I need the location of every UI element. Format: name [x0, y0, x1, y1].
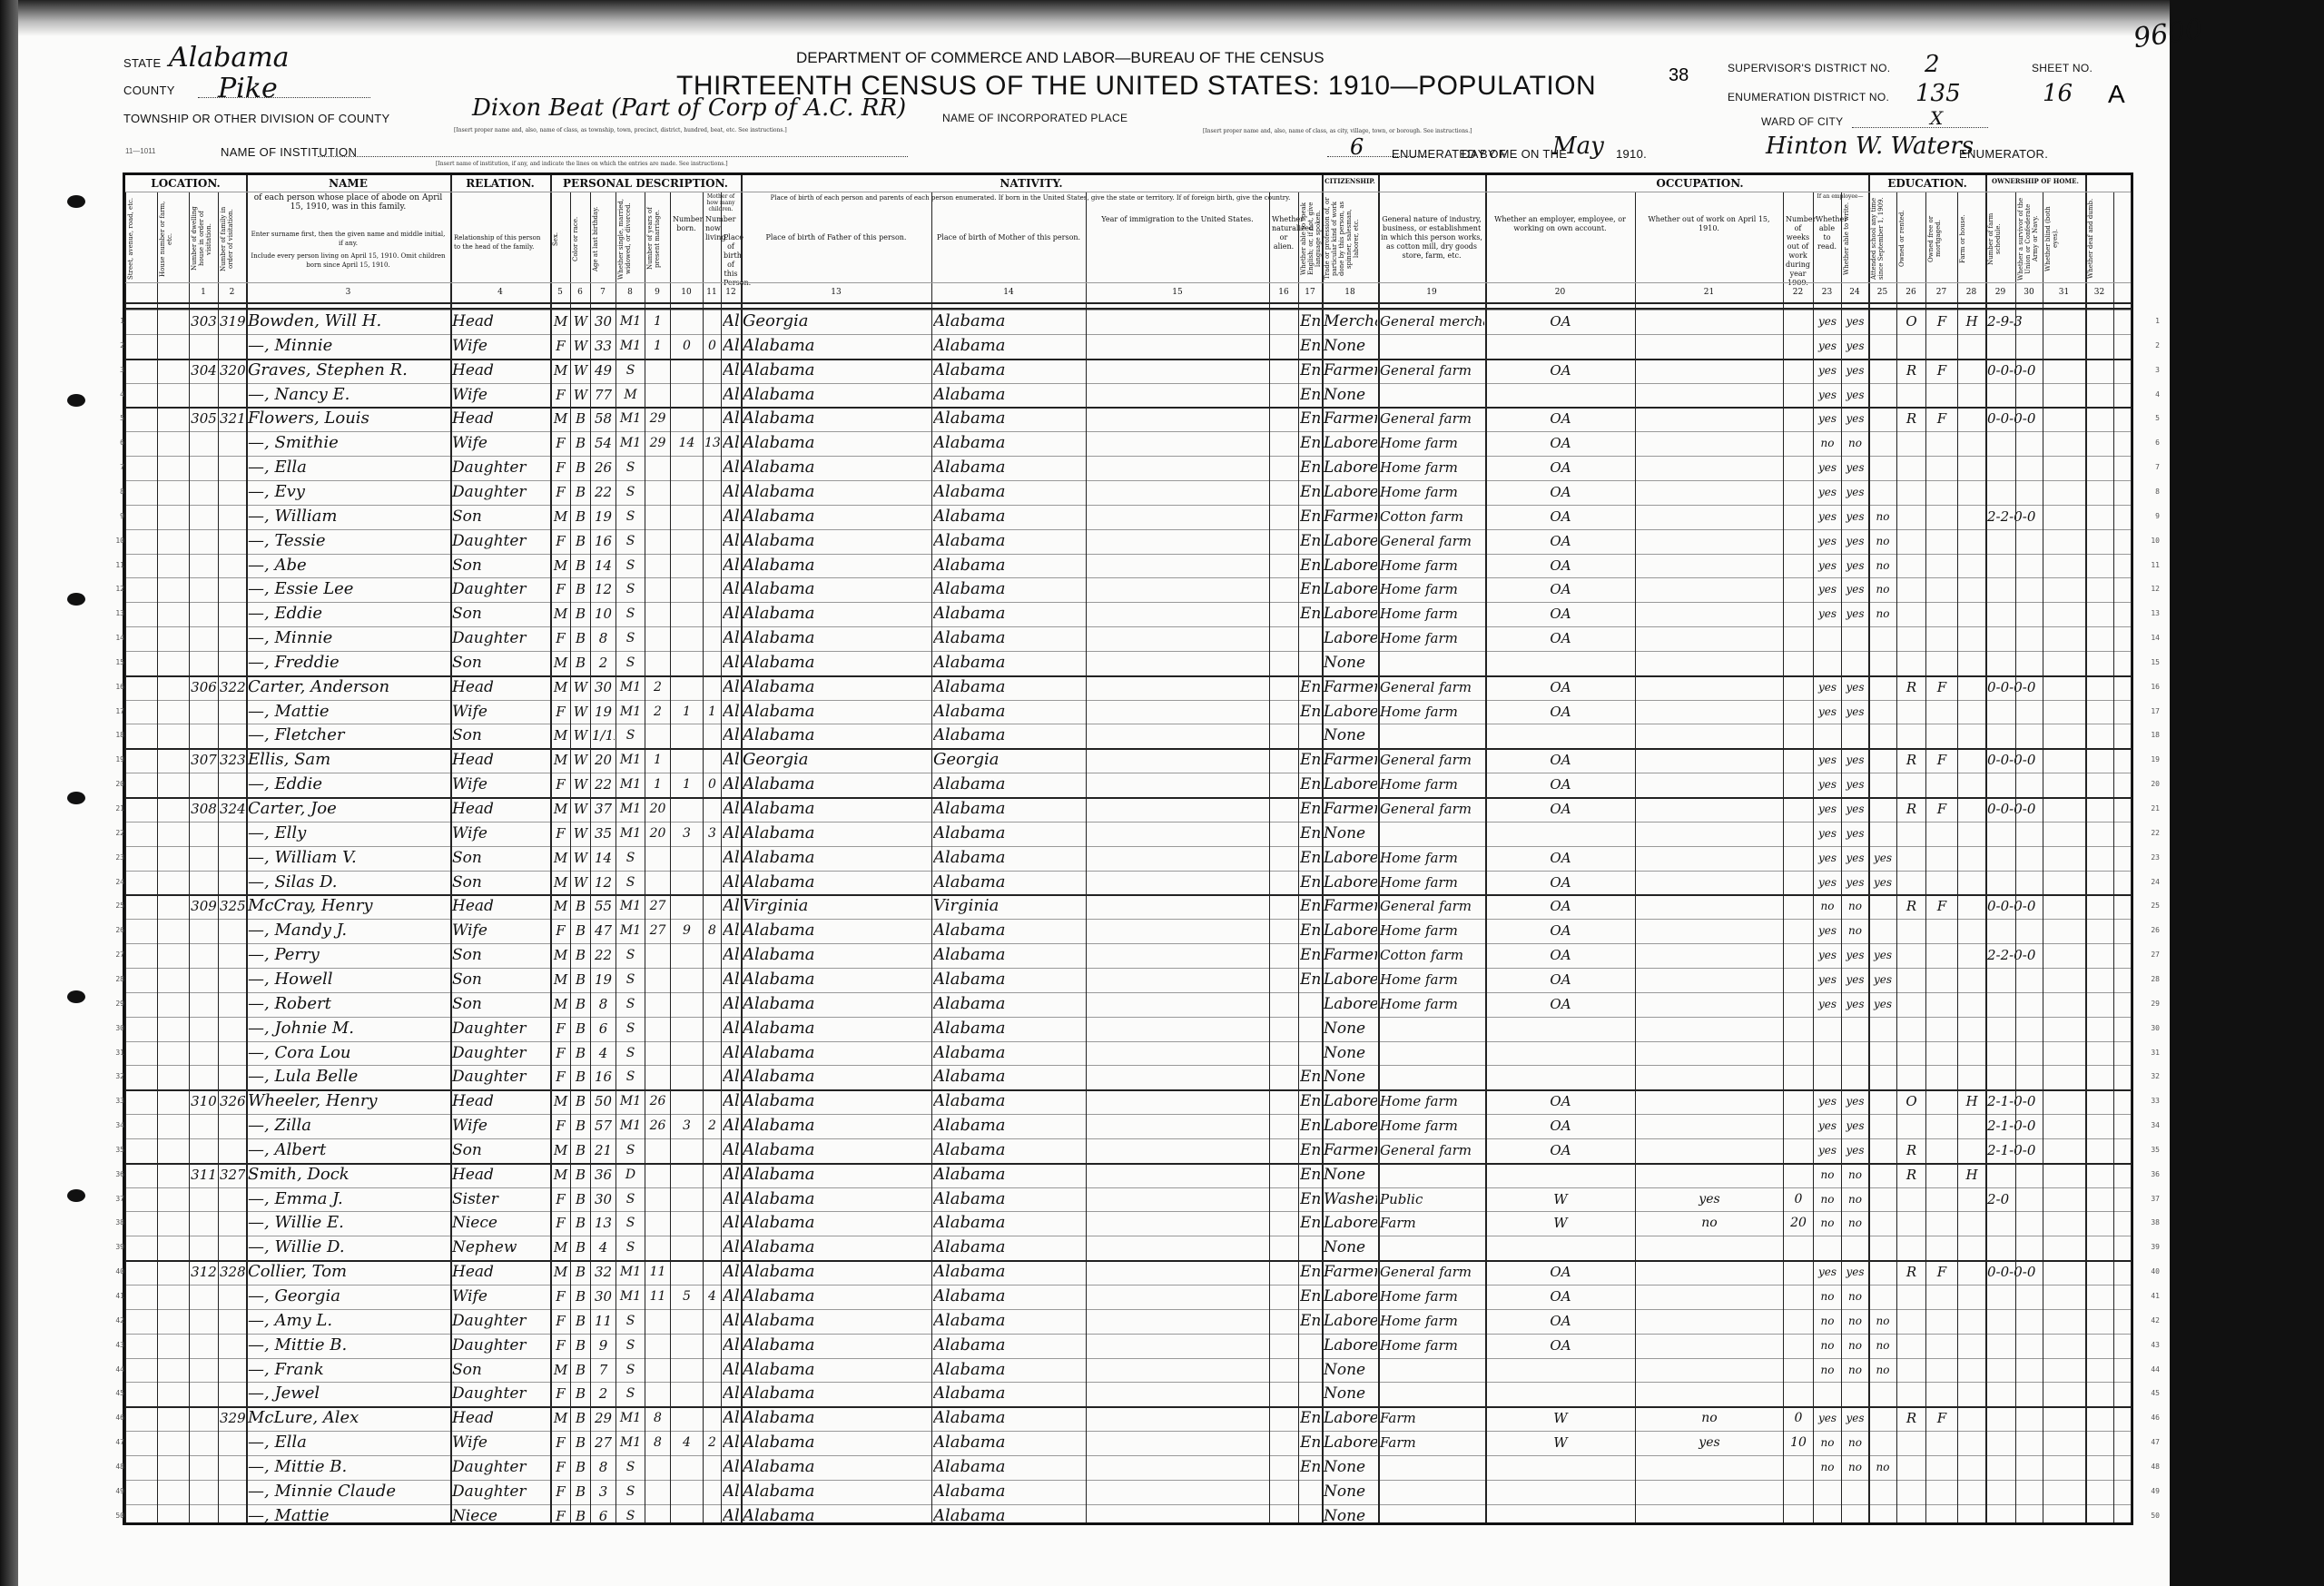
cell-sex: F — [552, 773, 569, 796]
cell-name: —, Johnie M. — [248, 1017, 449, 1040]
cell-race: W — [572, 359, 589, 382]
cell-sch: no — [1870, 602, 1896, 626]
table-row: —, HowellSonMB19SAlabamaAlabamaAlabamaEn… — [125, 968, 2131, 992]
line-number: 49 — [2138, 1487, 2160, 1495]
cell-write: no — [1843, 1285, 1867, 1308]
cell-occ: Laborer — [1324, 1285, 1377, 1308]
cell-sex: M — [552, 1260, 569, 1284]
cell-age: 22 — [592, 943, 615, 967]
line-number: 17 — [2138, 707, 2160, 715]
cell-pob: Alabama — [723, 871, 740, 894]
cell-ind: General farm — [1380, 748, 1484, 772]
cell-age: 49 — [592, 359, 615, 382]
cell-name: —, William V. — [248, 846, 449, 870]
cell-ind: General farm — [1380, 894, 1484, 918]
cell-write: no — [1843, 431, 1867, 455]
cell-occ: Farmer — [1324, 1260, 1377, 1284]
column-header-9: Number of years of present marriage. — [646, 197, 668, 281]
column-header-13: Place of birth of Father of this person. — [743, 233, 929, 242]
cell-fpob: Alabama — [743, 651, 931, 675]
cell-fpob: Georgia — [743, 310, 931, 333]
cell-eng: English — [1300, 480, 1321, 504]
cell-ms: S — [617, 992, 644, 1016]
cell-sex: F — [552, 822, 569, 845]
cell-age: 8 — [592, 1455, 615, 1479]
cell-cls: OA — [1487, 1114, 1634, 1138]
scan-top-shadow — [18, 0, 2170, 36]
cell-name: —, Eddie — [248, 602, 449, 626]
cell-pob: Alabama — [723, 1480, 740, 1503]
cell-age: 1/12 — [592, 724, 615, 747]
column-divider — [1378, 175, 1380, 1522]
column-divider — [246, 175, 248, 1522]
cell-mort: F — [1927, 310, 1956, 333]
cell-read: no — [1815, 1431, 1840, 1454]
table-row: 312328Collier, TomHeadMB32M111AlabamaAla… — [125, 1260, 2131, 1285]
cell-pob: Alabama — [723, 846, 740, 870]
column-header-16: Whether naturalized or alien. — [1272, 215, 1295, 251]
cell-mpob: Alabama — [933, 1480, 1085, 1503]
cell-write: no — [1843, 1431, 1867, 1454]
cell-pob: Alabama — [723, 1382, 740, 1405]
cell-fpob: Alabama — [743, 724, 931, 747]
cell-rel: Son — [452, 846, 549, 870]
cell-sched: 0-0-0-0 — [1987, 407, 2112, 430]
cell-write: yes — [1843, 846, 1867, 870]
cell-ind: General merchandise — [1380, 310, 1484, 333]
cell-eng: English — [1300, 943, 1321, 967]
cell-dw: 310 — [191, 1089, 217, 1113]
cell-eng: English — [1300, 407, 1321, 430]
cell-cls: W — [1487, 1187, 1634, 1211]
cell-race: B — [572, 651, 589, 675]
cell-sex: M — [552, 846, 569, 870]
line-number-left: 14 — [103, 634, 124, 642]
cell-read: yes — [1815, 968, 1840, 991]
cell-own: R — [1898, 675, 1925, 699]
cell-sex: F — [552, 700, 569, 724]
column-divider — [1783, 192, 1784, 1522]
table-row: —, Nancy E.WifeFW77MAlabamaAlabamaAlabam… — [125, 383, 2131, 408]
line-number-left: 44 — [103, 1365, 124, 1374]
table-row: —, FrankSonMB7SAlabamaAlabamaAlabamaNone… — [125, 1358, 2131, 1383]
column-header-32: Whether deaf and dumb. — [2087, 197, 2112, 281]
cell-race: B — [572, 968, 589, 991]
sheet-no-label: SHEET NO. — [2032, 62, 2093, 74]
table-row: —, Willie E.NieceFB13SAlabamaAlabamaAlab… — [125, 1211, 2131, 1236]
cell-dw: 306 — [191, 675, 217, 699]
department-heading: DEPARTMENT OF COMMERCE AND LABOR—BUREAU … — [796, 49, 1324, 67]
cell-rel: Son — [452, 968, 549, 991]
cell-cls: OA — [1487, 456, 1634, 479]
cell-mpob: Alabama — [933, 724, 1085, 747]
table-row: —, EllaDaughterFB26SAlabamaAlabamaAlabam… — [125, 456, 2131, 480]
cell-mpob: Alabama — [933, 700, 1085, 724]
cell-dw: 307 — [191, 748, 217, 772]
cell-fpob: Alabama — [743, 1480, 931, 1503]
column-divider — [721, 192, 722, 1522]
cell-fpob: Alabama — [743, 871, 931, 894]
cell-ind: Home farm — [1380, 1309, 1484, 1333]
cell-mpob: Alabama — [933, 505, 1085, 528]
table-row: —, JewelDaughterFB2SAlabamaAlabamaAlabam… — [125, 1382, 2131, 1406]
line-number: 10 — [2138, 537, 2160, 545]
column-divider — [189, 192, 190, 1522]
cell-write: no — [1843, 1455, 1867, 1479]
cell-mort: F — [1927, 359, 1956, 382]
cell-rel: Wife — [452, 1431, 549, 1454]
cell-mpob: Alabama — [933, 554, 1085, 577]
cell-read: yes — [1815, 1138, 1840, 1162]
cell-fpob: Alabama — [743, 1504, 931, 1528]
cell-write: no — [1843, 1334, 1867, 1357]
cell-ms: S — [617, 602, 644, 626]
cell-ms: S — [617, 651, 644, 675]
cell-write: yes — [1843, 554, 1867, 577]
cell-ms: S — [617, 724, 644, 747]
cell-occ: None — [1324, 1358, 1377, 1382]
column-divider — [450, 175, 452, 1522]
cell-name: —, Georgia — [248, 1285, 449, 1308]
cell-race: B — [572, 505, 589, 528]
column-number: 26 — [1896, 288, 1925, 297]
cell-ind: Home farm — [1380, 480, 1484, 504]
cell-mpob: Alabama — [933, 1382, 1085, 1405]
cell-read: yes — [1815, 480, 1840, 504]
cell-read: yes — [1815, 919, 1840, 942]
cell-occ: None — [1324, 1017, 1377, 1040]
cell-sex: F — [552, 1187, 569, 1211]
column-number: 10 — [670, 288, 703, 297]
cell-mpob: Alabama — [933, 1089, 1085, 1113]
census-title: THIRTEENTH CENSUS OF THE UNITED STATES: … — [676, 71, 1596, 102]
line-number: 40 — [2138, 1267, 2160, 1276]
cell-age: 30 — [592, 310, 615, 333]
cell-sex: M — [552, 359, 569, 382]
cell-fpob: Alabama — [743, 1138, 931, 1162]
cell-read: no — [1815, 1163, 1840, 1187]
table-row: —, Mittie B.DaughterFB9SAlabamaAlabamaAl… — [125, 1334, 2131, 1358]
cell-eng: English — [1300, 1211, 1321, 1235]
cell-dw: 309 — [191, 894, 217, 918]
cell-sch: yes — [1870, 871, 1896, 894]
table-row: 310326Wheeler, HenryHeadMB50M126AlabamaA… — [125, 1089, 2131, 1114]
cell-race: W — [572, 773, 589, 796]
cell-sex: F — [552, 1309, 569, 1333]
cell-ms: M1 — [617, 748, 644, 772]
cell-ms: S — [617, 577, 644, 601]
cell-age: 12 — [592, 577, 615, 601]
line-number-left: 13 — [103, 609, 124, 617]
cell-age: 3 — [592, 1480, 615, 1503]
cell-ms: S — [617, 968, 644, 991]
cell-race: B — [572, 1334, 589, 1357]
cell-sex: M — [552, 505, 569, 528]
line-number: 45 — [2138, 1389, 2160, 1397]
column-divider — [931, 192, 932, 1522]
cell-name: —, Mattie — [248, 1504, 449, 1528]
township-label: TOWNSHIP OR OTHER DIVISION OF COUNTY — [123, 112, 389, 125]
cell-eng: English — [1300, 773, 1321, 796]
cell-name: —, Perry — [248, 943, 449, 967]
cell-name: —, Smithie — [248, 431, 449, 455]
cell-race: W — [572, 334, 589, 358]
cell-pob: Alabama — [723, 919, 740, 942]
cell-mpob: Alabama — [933, 846, 1085, 870]
column-header-30: Whether a survivor of the Union or Confe… — [2017, 197, 2041, 281]
line-number: 2 — [2138, 341, 2160, 350]
cell-age: 19 — [592, 968, 615, 991]
column-divider — [1896, 192, 1897, 1522]
cell-occ: Laborer — [1324, 871, 1377, 894]
column-header-22: Number of weeks out of work during year … — [1786, 215, 1810, 288]
cell-own: R — [1898, 1138, 1925, 1162]
cell-pob: Alabama — [723, 383, 740, 407]
column-header-10: Number born. — [673, 215, 700, 233]
cell-ow: no — [1637, 1406, 1782, 1430]
cell-fpob: Alabama — [743, 700, 931, 724]
cell-ind: General farm — [1380, 675, 1484, 699]
cell-fpob: Alabama — [743, 943, 931, 967]
column-number: 8 — [615, 288, 645, 297]
cell-eng: English — [1300, 748, 1321, 772]
cell-pob: Alabama — [723, 1041, 740, 1065]
column-divider — [1925, 192, 1926, 1522]
column-header-loc0: Street, avenue, road, etc. — [127, 197, 155, 281]
cell-occ: Laborer — [1324, 846, 1377, 870]
column-number: 28 — [1957, 288, 1985, 297]
cell-read: yes — [1815, 383, 1840, 407]
cell-own: R — [1898, 1406, 1925, 1430]
cell-race: B — [572, 529, 589, 553]
line-number-left: 6 — [103, 438, 124, 447]
cell-mpob: Alabama — [933, 1334, 1085, 1357]
cell-pob: Alabama — [723, 626, 740, 650]
cell-pob: Alabama — [723, 1017, 740, 1040]
column-divider — [125, 192, 126, 1522]
cell-sched: 0-0-0-0 — [1987, 675, 2112, 699]
cell-name: Bowden, Will H. — [248, 310, 449, 333]
column-divider — [157, 192, 158, 1522]
cell-sex: F — [552, 626, 569, 650]
table-row: —, EddieWifeFW22M1110AlabamaAlabamaAlaba… — [125, 773, 2131, 797]
cell-race: B — [572, 602, 589, 626]
cell-mpob: Alabama — [933, 626, 1085, 650]
column-header-26: Owned or rented. — [1898, 197, 1924, 281]
table-row: —, MattieNieceFB6SAlabamaAlabamaAlabamaN… — [125, 1504, 2131, 1529]
ward-value: X — [1930, 107, 1943, 129]
column-divider — [1635, 192, 1636, 1522]
cell-age: 77 — [592, 383, 615, 407]
table-row: —, TessieDaughterFB16SAlabamaAlabamaAlab… — [125, 529, 2131, 554]
cell-read: yes — [1815, 943, 1840, 967]
table-row: —, MinnieDaughterFB8SAlabamaAlabamaAlaba… — [125, 626, 2131, 651]
cell-age: 57 — [592, 1114, 615, 1138]
cell-name: —, Silas D. — [248, 871, 449, 894]
column-divider — [2113, 192, 2114, 1522]
table-row: —, Johnie M.DaughterFB6SAlabamaAlabamaAl… — [125, 1017, 2131, 1041]
line-number: 27 — [2138, 951, 2160, 959]
cell-ind: General farm — [1380, 797, 1484, 821]
cell-age: 27 — [592, 1431, 615, 1454]
cell-sch: yes — [1870, 943, 1896, 967]
cell-race: B — [572, 1211, 589, 1235]
cell-mort: F — [1927, 675, 1956, 699]
cell-occ: Farmer — [1324, 359, 1377, 382]
cell-write: yes — [1843, 968, 1867, 991]
cell-occ: Laborer — [1324, 431, 1377, 455]
cell-name: —, Mittie B. — [248, 1455, 449, 1479]
cell-pob: Alabama — [723, 456, 740, 479]
column-divider — [550, 175, 552, 1522]
cell-ind: Public — [1380, 1187, 1484, 1211]
line-number: 32 — [2138, 1072, 2160, 1080]
table-row: 311327Smith, DockHeadMB36DAlabamaAlabama… — [125, 1163, 2131, 1187]
cell-mpob: Alabama — [933, 1065, 1085, 1089]
column-number: 27 — [1925, 288, 1957, 297]
cell-eng: English — [1300, 1309, 1321, 1333]
column-header-15: Year of immigration to the United States… — [1088, 215, 1266, 224]
cell-ind: Home farm — [1380, 1285, 1484, 1308]
cell-name: —, Freddie — [248, 651, 449, 675]
incorporated-place-note: [Insert proper name and, also, name of c… — [1203, 128, 1472, 134]
cell-read: yes — [1815, 334, 1840, 358]
line-number-left: 37 — [103, 1195, 124, 1203]
cell-race: B — [572, 1285, 589, 1308]
cell-sex: M — [552, 651, 569, 675]
line-number: 25 — [2138, 901, 2160, 910]
column-number: 6 — [570, 288, 590, 297]
table-row: —, Amy L.DaughterFB11SAlabamaAlabamaAlab… — [125, 1309, 2131, 1334]
line-number: 30 — [2138, 1024, 2160, 1032]
cell-pob: Alabama — [723, 992, 740, 1016]
cell-yrs: 20 — [646, 797, 669, 821]
cell-sex: M — [552, 748, 569, 772]
cell-pob: Alabama — [723, 822, 740, 845]
cell-ms: M1 — [617, 797, 644, 821]
column-header-17: Whether able to speak English; or, if no… — [1300, 197, 1320, 281]
cell-age: 19 — [592, 505, 615, 528]
cell-name: —, Evy — [248, 480, 449, 504]
cell-occ: None — [1324, 1455, 1377, 1479]
line-number-left: 15 — [103, 658, 124, 666]
table-row: 309325McCray, HenryHeadMB55M127AlabamaVi… — [125, 894, 2131, 919]
binder-hole-icon — [67, 990, 85, 1003]
line-number: 26 — [2138, 926, 2160, 934]
cell-fpob: Alabama — [743, 602, 931, 626]
cell-ms: S — [617, 456, 644, 479]
cell-own: R — [1898, 1163, 1925, 1187]
cell-fpob: Alabama — [743, 626, 931, 650]
cell-race: B — [572, 1017, 589, 1040]
cell-ms: S — [617, 1309, 644, 1333]
line-number: 4 — [2138, 390, 2160, 399]
cell-ms: S — [617, 943, 644, 967]
line-number-left: 45 — [103, 1389, 124, 1397]
cell-pob: Alabama — [723, 602, 740, 626]
cell-write: yes — [1843, 1406, 1867, 1430]
cell-eng: English — [1300, 529, 1321, 553]
cell-sex: F — [552, 1114, 569, 1138]
table-row: —, Lula BelleDaughterFB16SAlabamaAlabama… — [125, 1065, 2131, 1089]
cell-ow: yes — [1637, 1431, 1782, 1454]
cell-ind: Cotton farm — [1380, 943, 1484, 967]
cell-occ: Laborer — [1324, 554, 1377, 577]
column-divider — [1322, 175, 1324, 1522]
group-occupation: OCCUPATION. — [1485, 177, 1915, 190]
cell-name: Ellis, Sam — [248, 748, 449, 772]
group-location: LOCATION. — [125, 177, 246, 190]
cell-ms: S — [617, 1017, 644, 1040]
line-number: 18 — [2138, 731, 2160, 739]
cell-cls: OA — [1487, 505, 1634, 528]
cell-rel: Son — [452, 505, 549, 528]
column-number: 30 — [2015, 288, 2043, 297]
cell-name: McLure, Alex — [248, 1406, 449, 1430]
cell-pob: Alabama — [723, 773, 740, 796]
line-number: 48 — [2138, 1463, 2160, 1471]
column-header-8: Whether single, married, widowed, or div… — [617, 197, 643, 281]
table-row: —, EllaWifeFB27M1842AlabamaAlabamaAlabam… — [125, 1431, 2131, 1455]
cell-age: 58 — [592, 407, 615, 430]
cell-occ: Farmer — [1324, 748, 1377, 772]
cell-dw: 304 — [191, 359, 217, 382]
line-number-left: 8 — [103, 488, 124, 496]
cell-pob: Alabama — [723, 1334, 740, 1357]
cell-living: 13 — [704, 431, 720, 455]
cell-mpob: Alabama — [933, 1358, 1085, 1382]
cell-age: 29 — [592, 1406, 615, 1430]
cell-eng: English — [1300, 577, 1321, 601]
cell-rel: Nephew — [452, 1236, 549, 1259]
cell-write: yes — [1843, 480, 1867, 504]
line-number-left: 10 — [103, 537, 124, 545]
cell-rel: Head — [452, 359, 549, 382]
header-rule — [125, 192, 2131, 192]
column-header-12: Place of birth of this Person. — [724, 233, 738, 288]
cell-ind: General farm — [1380, 1260, 1484, 1284]
cell-race: B — [572, 431, 589, 455]
cell-name: —, Emma J. — [248, 1187, 449, 1211]
cell-pob: Alabama — [723, 1163, 740, 1187]
table-row: —, EllyWifeFW35M12033AlabamaAlabamaAlaba… — [125, 822, 2131, 846]
cell-write: no — [1843, 894, 1867, 918]
cell-ms: S — [617, 1334, 644, 1357]
cell-cls: OA — [1487, 943, 1634, 967]
table-row: —, EvyDaughterFB22SAlabamaAlabamaAlabama… — [125, 480, 2131, 505]
cell-write: yes — [1843, 1089, 1867, 1113]
cell-occ: None — [1324, 334, 1377, 358]
cell-ind: Home farm — [1380, 1089, 1484, 1113]
column-number: 1 — [189, 288, 218, 297]
column-number: 32 — [2085, 288, 2113, 297]
column-number: 20 — [1485, 288, 1635, 297]
cell-fpob: Alabama — [743, 1211, 931, 1235]
column-header-20: Whether an employer, employee, or workin… — [1488, 215, 1632, 233]
cell-age: 13 — [592, 1211, 615, 1235]
cell-ind: Farm — [1380, 1431, 1484, 1454]
column-header-29: Number of farm schedule. — [1987, 197, 2014, 281]
column-number: 12 — [721, 288, 741, 297]
cell-occ: None — [1324, 383, 1377, 407]
cell-mort: F — [1927, 1260, 1956, 1284]
cell-pob: Alabama — [723, 1309, 740, 1333]
cell-mpob: Alabama — [933, 1504, 1085, 1528]
line-number-left: 48 — [103, 1463, 124, 1471]
line-number-left: 1 — [103, 317, 124, 325]
cell-sch: yes — [1870, 846, 1896, 870]
line-number: 14 — [2138, 634, 2160, 642]
